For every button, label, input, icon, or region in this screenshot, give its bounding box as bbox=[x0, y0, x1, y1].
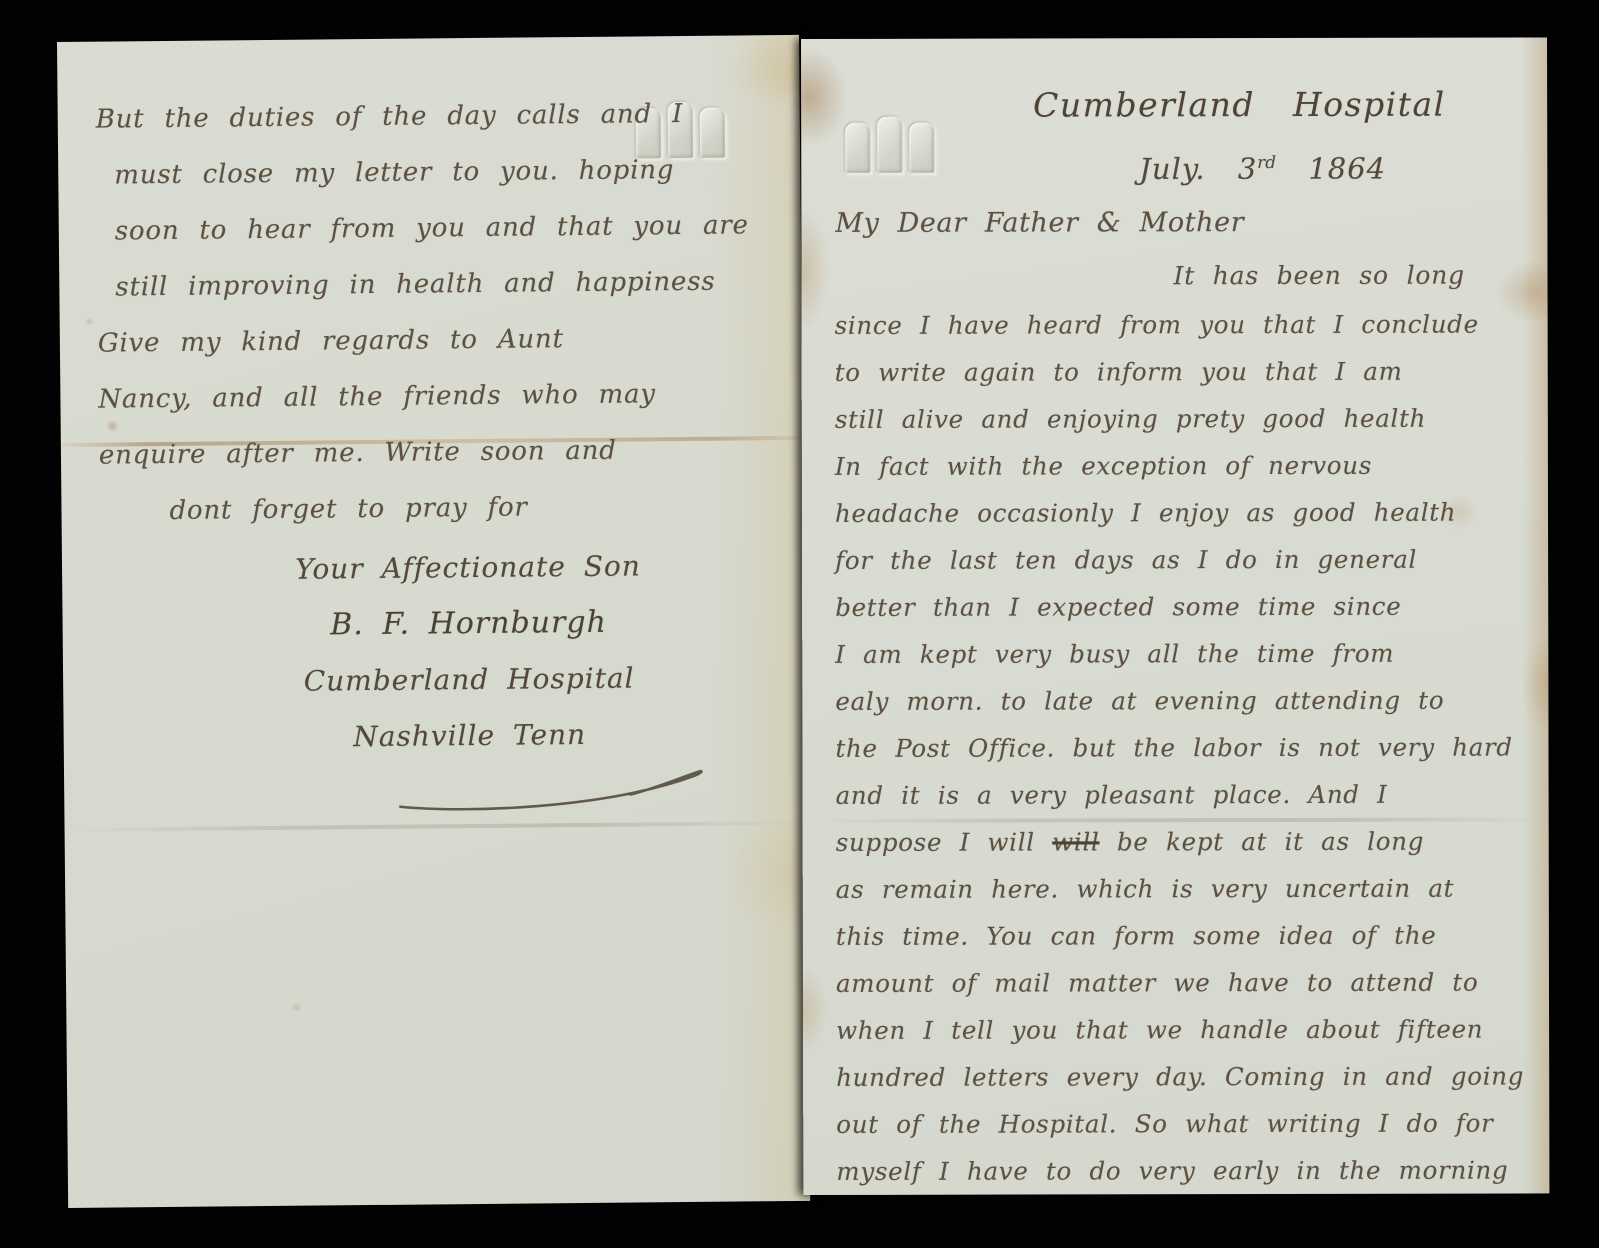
signature-flourish bbox=[394, 764, 724, 815]
signature-block: Your Affectionate Son B. F. Hornburgh Cu… bbox=[62, 537, 807, 818]
handwritten-line: But the duties of the day calls and I bbox=[57, 85, 800, 148]
handwritten-line: hundred letters every day. Coming in and… bbox=[803, 1052, 1549, 1101]
handwritten-line: to write again to inform you that I am bbox=[802, 347, 1548, 396]
handwritten-line: this time. You can form some idea of the bbox=[803, 911, 1549, 960]
handwritten-line: amount of mail matter we have to attend … bbox=[803, 958, 1549, 1007]
handwritten-line: and it is a very pleasant place. And I bbox=[803, 770, 1549, 819]
letter-scan-background: But the duties of the day calls and I mu… bbox=[0, 0, 1599, 1248]
handwritten-line: enquire after me. Write soon and bbox=[61, 421, 804, 484]
letter-page-right: Cumberland Hospital July. 3rd 1864 My De… bbox=[801, 37, 1549, 1195]
handwritten-line: soon to hear from you and that you are bbox=[59, 197, 802, 260]
right-page-text: Cumberland Hospital July. 3rd 1864 My De… bbox=[801, 73, 1549, 1194]
letter-date: July. 3rd 1864 bbox=[801, 135, 1547, 195]
handwritten-line: when I tell you that we handle about fif… bbox=[803, 1005, 1549, 1054]
handwritten-line-with-strikethrough: suppose I will will be kept at it as lon… bbox=[803, 817, 1549, 866]
valediction: Your Affectionate Son bbox=[62, 537, 805, 600]
handwritten-line: myself I have to do very early in the mo… bbox=[803, 1146, 1549, 1195]
date-ordinal: rd bbox=[1257, 152, 1276, 172]
handwritten-line: better than I expected some time since bbox=[802, 582, 1548, 631]
fold-crease bbox=[65, 821, 807, 832]
letter-heading: Cumberland Hospital bbox=[801, 73, 1547, 137]
handwritten-line: the Post Office. but the labor is not ve… bbox=[802, 723, 1548, 772]
line-text: suppose I will bbox=[836, 827, 1053, 856]
handwritten-line: Give my kind regards to Aunt bbox=[60, 309, 803, 372]
signature-place: Cumberland Hospital bbox=[63, 649, 806, 712]
handwritten-line: dont forget to pray for bbox=[61, 477, 804, 540]
signature-place: Nashville Tenn bbox=[63, 705, 806, 768]
handwritten-line: I am kept very busy all the time from bbox=[802, 629, 1548, 678]
handwritten-line: headache occasionly I enjoy as good heal… bbox=[802, 488, 1548, 537]
handwritten-line: ealy morn. to late at evening attending … bbox=[802, 676, 1548, 725]
handwritten-line: since I have heard from you that I concl… bbox=[802, 300, 1548, 349]
signature: B. F. Hornburgh bbox=[62, 593, 805, 656]
letter-body: since I have heard from you that I concl… bbox=[802, 300, 1550, 1195]
date-year: 1864 bbox=[1276, 151, 1386, 185]
struck-out-word: will bbox=[1052, 827, 1099, 856]
handwritten-line: In fact with the exception of nervous bbox=[802, 441, 1548, 490]
letter-page-left: But the duties of the day calls and I mu… bbox=[57, 35, 810, 1208]
left-page-text: But the duties of the day calls and I mu… bbox=[57, 85, 806, 818]
date-day: July. 3 bbox=[1139, 152, 1257, 186]
handwritten-line: for the last ten days as I do in general bbox=[802, 535, 1548, 584]
handwritten-line: must close my letter to you. hoping bbox=[58, 141, 801, 204]
handwritten-line: still improving in health and happiness bbox=[59, 253, 802, 316]
salutation: My Dear Father & Mother bbox=[801, 194, 1547, 252]
handwritten-line: Nancy, and all the friends who may bbox=[60, 365, 803, 428]
handwritten-line: out of the Hospital. So what writing I d… bbox=[803, 1099, 1549, 1148]
handwritten-line: still alive and enjoying prety good heal… bbox=[802, 394, 1548, 443]
opening-line: It has been so long bbox=[801, 250, 1547, 302]
line-text: be kept at it as long bbox=[1099, 826, 1424, 856]
handwritten-line: as remain here. which is very uncertain … bbox=[803, 864, 1549, 913]
